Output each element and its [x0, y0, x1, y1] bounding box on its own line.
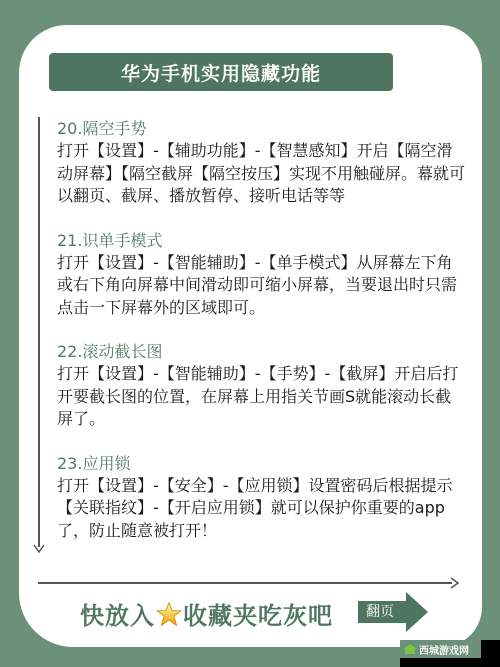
- tips-list: 20.隔空手势 打开【设置】-【辅助功能】-【智慧感知】开启【隔空滑动屏幕】【隔…: [57, 118, 467, 564]
- page-title: 华为手机实用隐藏功能: [49, 53, 393, 91]
- tip-body: 打开【设置】-【智能辅助】-【手势】-【截屏】开启后打开要截长图的位置，在屏幕上…: [57, 363, 467, 431]
- tip-body: 打开【设置】-【安全】-【应用锁】设置密码后根据提示【关联指纹】-【开启应用锁】…: [57, 475, 467, 543]
- horizontal-divider: [38, 582, 452, 584]
- next-page-label: 翻页: [366, 603, 394, 621]
- arrow-right-icon: [406, 592, 428, 632]
- tip-section: 22.滚动截长图 打开【设置】-【智能辅助】-【手势】-【截屏】开启后打开要截长…: [57, 341, 467, 431]
- tip-section: 20.隔空手势 打开【设置】-【辅助功能】-【智慧感知】开启【隔空滑动屏幕】【隔…: [57, 118, 467, 208]
- tip-section: 21.识单手模式 打开【设置】-【智能辅助】-【单手模式】从屏幕左下角或右下角向…: [57, 230, 467, 320]
- tip-title: 23.应用锁: [57, 453, 467, 475]
- next-page-button[interactable]: 翻页: [358, 592, 430, 632]
- tip-title: 21.识单手模式: [57, 230, 467, 252]
- watermark-text: 西城游戏网: [419, 642, 469, 657]
- tip-body: 打开【设置】-【智能辅助】-【单手模式】从屏幕左下角或右下角向屏幕中间滑动即可缩…: [57, 252, 467, 320]
- arrow-down-icon: [33, 541, 45, 553]
- star-icon: [156, 601, 182, 627]
- tip-title: 20.隔空手势: [57, 118, 467, 140]
- slogan-part-2: 收藏夹吃灰吧: [183, 596, 333, 631]
- arrow-right-icon: [447, 577, 459, 589]
- tip-title: 22.滚动截长图: [57, 341, 467, 363]
- watermark: 西城游戏网: [400, 640, 500, 667]
- tip-section: 23.应用锁 打开【设置】-【安全】-【应用锁】设置密码后根据提示【关联指纹】-…: [57, 453, 467, 543]
- vertical-divider: [38, 117, 40, 547]
- footer-slogan: 快放入 收藏夹吃灰吧: [80, 596, 333, 631]
- tip-body: 打开【设置】-【辅助功能】-【智慧感知】开启【隔空滑动屏幕】【隔空截屏【隔空按压…: [57, 140, 467, 208]
- watermark-logo-icon: [403, 644, 417, 654]
- slogan-part-1: 快放入: [80, 596, 155, 631]
